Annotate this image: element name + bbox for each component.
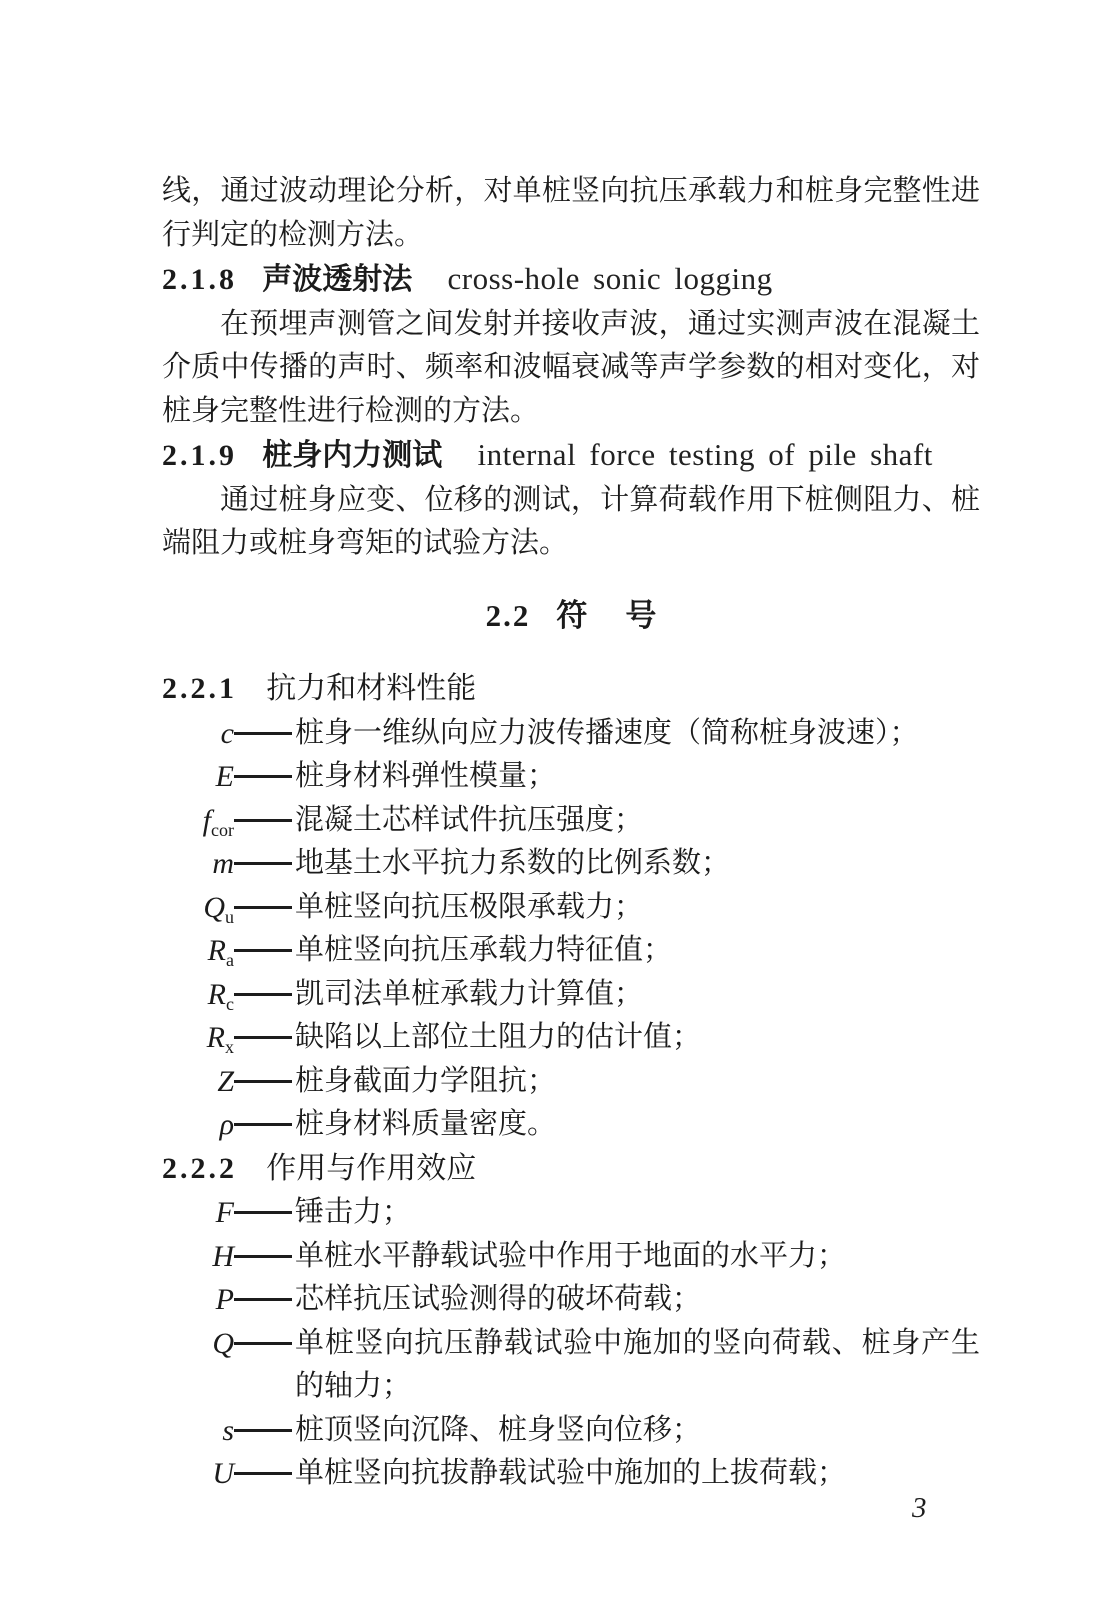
dash-line — [234, 819, 292, 822]
dash-line — [234, 1342, 292, 1345]
section-number: 2.1.9 — [162, 439, 237, 472]
section-number: 2.2 — [486, 598, 531, 633]
section-number: 2.2.1 — [162, 672, 237, 705]
symbol-row: Rc 凯司法单桩承载力计算值； — [162, 973, 980, 1017]
dash-line — [234, 775, 292, 778]
dash-line — [234, 906, 292, 909]
symbol-row: F 锤击力； — [162, 1191, 980, 1235]
symbol: Rc — [162, 973, 234, 1017]
symbol-description: 混凝土芯样试件抗压强度； — [295, 799, 980, 843]
text-block: 线，通过波动理论分析，对单桩竖向抗压承载力和桩身完整性进 行判定的检测方法。 2… — [162, 170, 980, 1496]
symbol: Ra — [162, 929, 234, 973]
section-title: 作用与作用效应 — [266, 1152, 476, 1185]
symbol-subscript: u — [225, 907, 234, 927]
symbol-description: 桩顶竖向沉降、桩身竖向位移； — [295, 1409, 980, 1453]
symbol-description: 芯样抗压试验测得的破坏荷载； — [295, 1278, 980, 1322]
dash-line — [234, 949, 292, 952]
symbol: m — [162, 842, 234, 886]
symbol: Rx — [162, 1016, 234, 1060]
body-line: 端阻力或桩身弯矩的试验方法。 — [162, 522, 980, 566]
symbol: Q — [162, 1322, 234, 1366]
paragraph-line: 线，通过波动理论分析，对单桩竖向抗压承载力和桩身完整性进 — [162, 170, 980, 214]
symbol-row: Z 桩身截面力学阻抗； — [162, 1060, 980, 1104]
symbol: Z — [162, 1060, 234, 1104]
dash-line — [234, 1429, 292, 1432]
section-heading-2-2-1: 2.2.1 抗力和材料性能 — [162, 667, 980, 712]
symbol-description: 桩身一维纵向应力波传播速度（简称桩身波速）； — [295, 712, 980, 756]
symbol-description: 单桩竖向抗压静载试验中施加的竖向荷载、桩身产生的轴力； — [295, 1322, 980, 1409]
dash-line — [234, 862, 292, 865]
term-english: cross-hole sonic logging — [448, 261, 773, 296]
symbol-subscript: x — [225, 1037, 234, 1057]
symbol-subscript: c — [226, 994, 234, 1014]
symbol-subscript: a — [226, 950, 234, 970]
body-line: 通过桩身应变、位移的测试，计算荷载作用下桩侧阻力、桩 — [162, 479, 980, 523]
dash-line — [234, 732, 292, 735]
symbol-row: Q 单桩竖向抗压静载试验中施加的竖向荷载、桩身产生的轴力； — [162, 1322, 980, 1409]
symbol-description: 缺陷以上部位土阻力的估计值； — [295, 1016, 980, 1060]
symbol-row: Qu 单桩竖向抗压极限承载力； — [162, 886, 980, 930]
heading-title-char: 符 — [556, 598, 587, 633]
symbol-description: 单桩竖向抗压极限承载力； — [295, 886, 980, 930]
symbol-description: 单桩竖向抗压承载力特征值； — [295, 929, 980, 973]
dash-line — [234, 1080, 292, 1083]
symbol-row: fcor 混凝土芯样试件抗压强度； — [162, 799, 980, 843]
symbol-description: 凯司法单桩承载力计算值； — [295, 973, 980, 1017]
dash-line — [234, 1472, 292, 1475]
symbol-row: P 芯样抗压试验测得的破坏荷载； — [162, 1278, 980, 1322]
symbol-row: E 桩身材料弹性模量； — [162, 755, 980, 799]
symbol: s — [162, 1409, 234, 1453]
dash-line — [234, 1036, 292, 1039]
symbol-row: H 单桩水平静载试验中作用于地面的水平力； — [162, 1235, 980, 1279]
symbol: ρ — [162, 1103, 234, 1147]
document-page: 线，通过波动理论分析，对单桩竖向抗压承载力和桩身完整性进 行判定的检测方法。 2… — [0, 0, 1103, 1598]
symbol-description: 单桩竖向抗拔静载试验中施加的上拔荷载； — [295, 1452, 980, 1496]
section-heading-2-1-8: 2.1.8 声波透射法 cross-hole sonic logging — [162, 257, 980, 303]
symbol: H — [162, 1235, 234, 1279]
term-chinese: 声波透射法 — [262, 263, 412, 296]
section-title: 抗力和材料性能 — [266, 672, 476, 705]
dash-line — [234, 1211, 292, 1214]
symbol-row: s 桩顶竖向沉降、桩身竖向位移； — [162, 1409, 980, 1453]
term-chinese: 桩身内力测试 — [262, 439, 442, 472]
symbol-description: 地基土水平抗力系数的比例系数； — [295, 842, 980, 886]
symbol-description: 桩身截面力学阻抗； — [295, 1060, 980, 1104]
heading-title-char: 号 — [625, 598, 656, 633]
symbol-subscript: cor — [211, 820, 234, 840]
symbol-row: U 单桩竖向抗拔静载试验中施加的上拔荷载； — [162, 1452, 980, 1496]
paragraph-line: 行判定的检测方法。 — [162, 214, 980, 258]
dash-line — [234, 1255, 292, 1258]
symbol-row: Ra 单桩竖向抗压承载力特征值； — [162, 929, 980, 973]
body-line: 桩身完整性进行检测的方法。 — [162, 390, 980, 434]
symbol: E — [162, 755, 234, 799]
dash-line — [234, 1298, 292, 1301]
symbol-description: 单桩水平静载试验中作用于地面的水平力； — [295, 1235, 980, 1279]
symbol: Qu — [162, 886, 234, 930]
symbol: U — [162, 1452, 234, 1496]
symbol: fcor — [162, 799, 234, 843]
symbol: c — [162, 712, 234, 756]
page-number: 3 — [912, 1492, 927, 1525]
symbol-row: Rx 缺陷以上部位土阻力的估计值； — [162, 1016, 980, 1060]
symbol-description: 桩身材料质量密度。 — [295, 1103, 980, 1147]
symbol-row: m 地基土水平抗力系数的比例系数； — [162, 842, 980, 886]
symbol-row: c 桩身一维纵向应力波传播速度（简称桩身波速）； — [162, 712, 980, 756]
section-number: 2.1.8 — [162, 263, 237, 296]
section-number: 2.2.2 — [162, 1152, 237, 1185]
section-heading-2-1-9: 2.1.9 桩身内力测试 internal force testing of p… — [162, 433, 980, 479]
symbol: P — [162, 1278, 234, 1322]
symbol-row: ρ 桩身材料质量密度。 — [162, 1103, 980, 1147]
body-line: 在预埋声测管之间发射并接收声波，通过实测声波在混凝土 — [162, 303, 980, 347]
symbol: F — [162, 1191, 234, 1235]
section-heading-2-2: 2.2符号 — [162, 594, 980, 638]
symbol-description: 锤击力； — [295, 1191, 980, 1235]
body-line: 介质中传播的声时、频率和波幅衰减等声学参数的相对变化，对 — [162, 346, 980, 390]
section-heading-2-2-2: 2.2.2 作用与作用效应 — [162, 1147, 980, 1192]
term-english: internal force testing of pile shaft — [478, 437, 933, 472]
dash-line — [234, 993, 292, 996]
dash-line — [234, 1123, 292, 1126]
symbol-description: 桩身材料弹性模量； — [295, 755, 980, 799]
